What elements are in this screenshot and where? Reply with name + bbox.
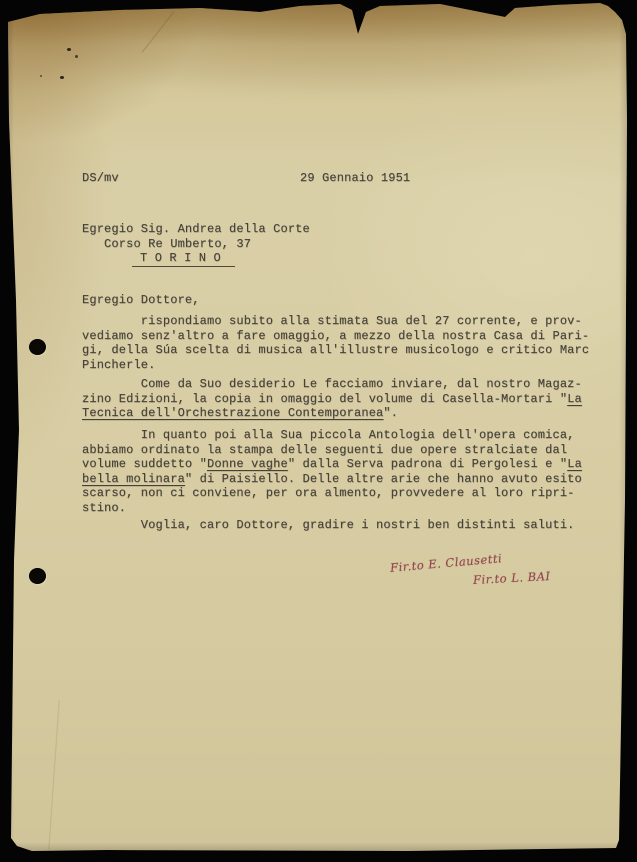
underlined-text: bella molinara	[82, 472, 185, 486]
paper-speck	[60, 76, 64, 79]
text-run: zino Edizioni, la copia in omaggio del v…	[82, 392, 567, 406]
letter-line: In quanto poi alla Sua piccola Antologia…	[82, 428, 582, 443]
punch-hole	[29, 339, 46, 355]
text-run: scarso, non ci conviene, per ora almento…	[82, 486, 575, 500]
closing-line: Voglia, caro Dottore, gradire i nostri b…	[82, 518, 575, 533]
letter-line: gi, della Súa scelta di musica all'illus…	[82, 343, 589, 358]
letter-line: bella molinara" di Paisiello. Delle altr…	[82, 472, 582, 487]
letter-line: zino Edizioni, la copia in omaggio del v…	[82, 392, 582, 407]
recipient-name: Egregio Sig. Andrea della Corte	[82, 222, 310, 237]
letter-line: Pincherle.	[82, 358, 589, 373]
paper-speck	[40, 75, 42, 77]
text-run: gi, della Súa scelta di musica all'illus…	[82, 343, 589, 357]
recipient-city: T O R I N O	[132, 251, 235, 267]
paper-speck	[67, 48, 71, 51]
text-run: vediamo senz'altro a fare omaggio, a mez…	[82, 329, 589, 343]
letter-line: vediamo senz'altro a fare omaggio, a mez…	[82, 329, 589, 344]
letter-date: 29 Gennaio 1951	[300, 171, 410, 186]
letter-line: rispondiamo subito alla stimata Sua del …	[82, 314, 589, 329]
paper-crease	[48, 700, 60, 850]
reference-code: DS/mv	[82, 171, 119, 186]
letter-line: stino.	[82, 501, 582, 516]
letter-line: Tecnica dell'Orchestrazione Contemporane…	[82, 406, 582, 421]
underlined-text: Donne vaghe	[207, 457, 288, 471]
letter-line: abbiamo ordinato la stampa delle seguent…	[82, 443, 582, 458]
paragraph-1: rispondiamo subito alla stimata Sua del …	[82, 314, 589, 372]
text-run: volume suddetto "	[82, 457, 207, 471]
underlined-text: La	[567, 392, 582, 406]
paper-speck	[75, 55, 78, 58]
letter-line: Come da Suo desiderio Le facciamo inviar…	[82, 377, 582, 392]
recipient-city-line: T O R I N O	[82, 251, 310, 266]
recipient-street: Corso Re Umberto, 37	[82, 237, 310, 252]
text-run: rispondiamo subito alla stimata Sua del …	[82, 314, 582, 328]
underlined-text: Tecnica dell'Orchestrazione Contemporane…	[82, 406, 383, 420]
salutation: Egregio Dottore,	[82, 293, 200, 308]
punch-hole	[29, 568, 46, 584]
scan-background: DS/mv 29 Gennaio 1951 Egregio Sig. Andre…	[0, 0, 637, 862]
letter-content: DS/mv 29 Gennaio 1951 Egregio Sig. Andre…	[82, 0, 618, 853]
text-run: abbiamo ordinato la stampa delle seguent…	[82, 443, 567, 457]
text-run: " di Paisiello. Delle altre arie che han…	[185, 472, 582, 486]
underlined-text: La	[567, 457, 582, 471]
text-run: Come da Suo desiderio Le facciamo inviar…	[82, 377, 582, 391]
letter-line: scarso, non ci conviene, per ora almento…	[82, 486, 582, 501]
paragraph-2: Come da Suo desiderio Le facciamo inviar…	[82, 377, 582, 421]
text-run: " dalla Serva padrona di Pergolesi e "	[288, 457, 567, 471]
text-run: stino.	[82, 501, 126, 515]
text-run: Pincherle.	[82, 358, 156, 372]
paragraph-3: In quanto poi alla Sua piccola Antologia…	[82, 428, 582, 516]
letter-page: DS/mv 29 Gennaio 1951 Egregio Sig. Andre…	[7, 0, 628, 853]
recipient-address: Egregio Sig. Andrea della Corte Corso Re…	[82, 222, 310, 266]
letter-line: volume suddetto "Donne vaghe" dalla Serv…	[82, 457, 582, 472]
text-run: ".	[383, 406, 398, 420]
text-run: In quanto poi alla Sua piccola Antologia…	[82, 428, 575, 442]
